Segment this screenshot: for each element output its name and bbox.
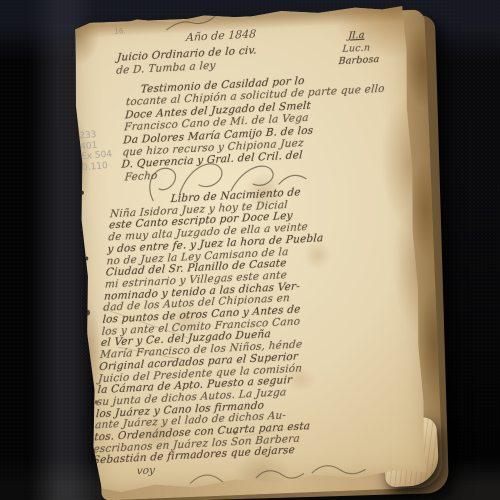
pencil-reference-note: 233401Ex 5040.110 [79, 129, 114, 174]
top-edge-mark: 16. [114, 27, 126, 36]
corner-note: Jl.aLuc.nBarbosa [338, 29, 382, 69]
manuscript-page: 16. Año de 1848 Juicio Ordinario de lo c… [70, 4, 430, 495]
pencil-line: 0.110 [82, 160, 114, 173]
closing-word: voy [136, 464, 155, 477]
case-title: Juicio Ordinario de lo civ.de D. Tumba a… [116, 44, 258, 77]
body-paragraph: Libro de Nacimiento deNiña Isidora Juez … [92, 186, 327, 468]
corner-note-line: Luc.n [342, 41, 381, 56]
photo-canvas: 16. Año de 1848 Juicio Ordinario de lo c… [0, 0, 500, 500]
year-heading: Año de 1848 [186, 27, 257, 44]
corner-note-line: Barbosa [338, 54, 380, 69]
